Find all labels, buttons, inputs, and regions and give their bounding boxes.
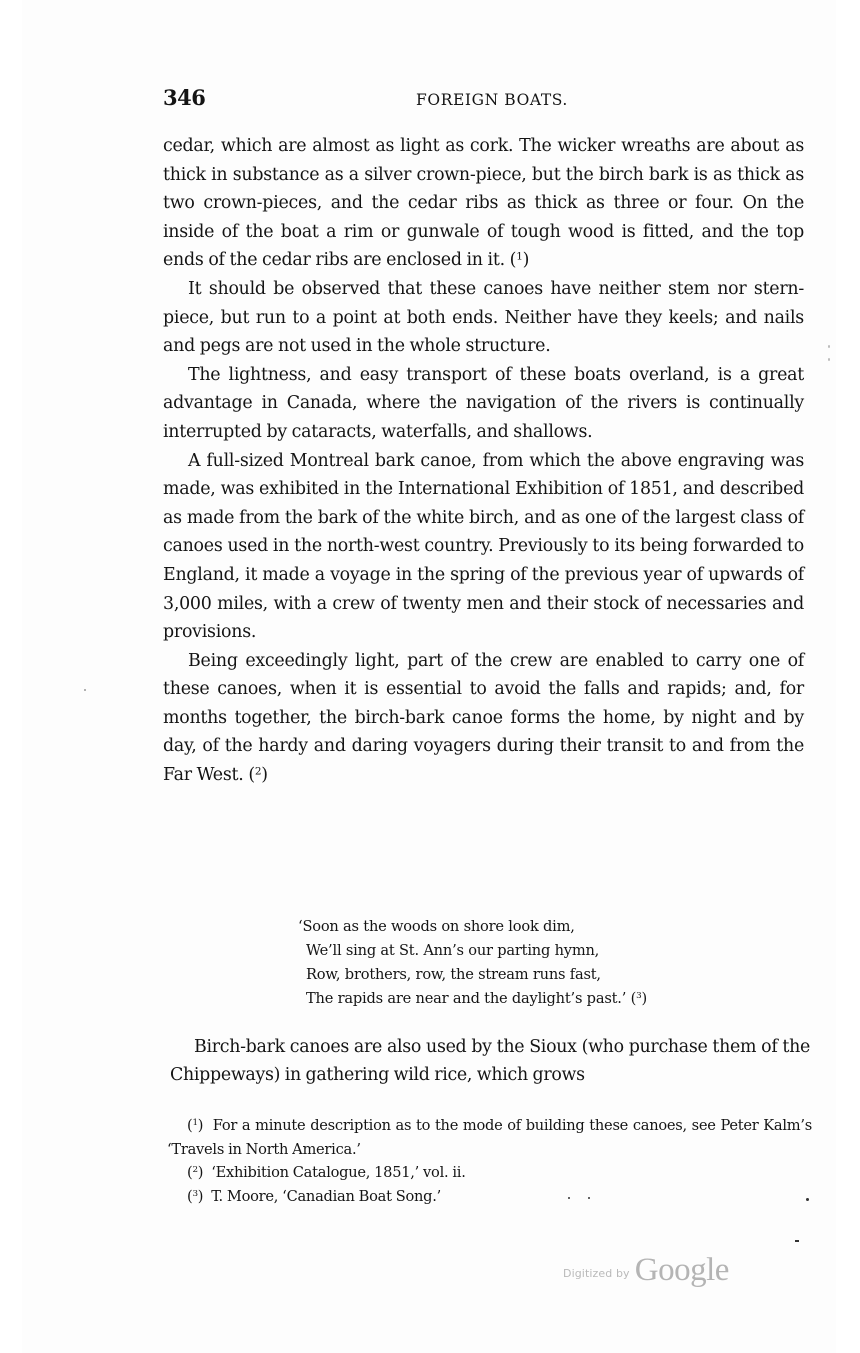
- watermark-prefix: Digitized by: [563, 1267, 630, 1280]
- footnote-1: (1) For a minute description as to the m…: [167, 1114, 812, 1161]
- scan-speck: [588, 1197, 590, 1199]
- paragraph-1: cedar, which are almost as light as cork…: [163, 132, 804, 275]
- scan-speck: [828, 358, 830, 361]
- verse-quotation: ‘Soon as the woods on shore look dim, We…: [298, 915, 647, 1011]
- footnotes: (1) For a minute description as to the m…: [167, 1114, 812, 1208]
- paragraph-5: Being exceedingly light, part of the cre…: [163, 647, 804, 790]
- paragraph-6: Birch-bark canoes are also used by the S…: [170, 1033, 810, 1089]
- closing-paragraph: Birch-bark canoes are also used by the S…: [170, 1033, 810, 1089]
- paragraph-2: It should be observed that these canoes …: [163, 275, 804, 361]
- scan-speck: [828, 345, 830, 348]
- verse-line-last: The rapids are near and the daylight’s p…: [298, 987, 647, 1011]
- body-text: cedar, which are almost as light as cork…: [163, 132, 804, 790]
- page-header: 346 FOREIGN BOATS.: [163, 84, 803, 112]
- paragraph-4: A full-sized Montreal bark canoe, from w…: [163, 447, 804, 647]
- footnote-ref-2: (2): [248, 765, 268, 785]
- digitized-by-google-watermark: Digitized by Google: [563, 1252, 729, 1289]
- running-head: FOREIGN BOATS.: [163, 86, 803, 114]
- scan-speck: [653, 512, 655, 514]
- footnote-3: (3) T. Moore, ‘Canadian Boat Song.’: [167, 1185, 812, 1209]
- scan-speck: [84, 689, 86, 691]
- paragraph-3: The lightness, and easy transport of the…: [163, 361, 804, 447]
- google-logo-text: Google: [635, 1252, 729, 1288]
- scan-speck: [806, 1198, 809, 1201]
- scan-speck: [795, 1240, 799, 1242]
- footnote-ref-3: (3): [631, 990, 647, 1007]
- verse-line: We’ll sing at St. Ann’s our parting hymn…: [298, 939, 647, 963]
- verse-line: Row, brothers, row, the stream runs fast…: [298, 963, 647, 987]
- scan-speck: [568, 1197, 570, 1199]
- footnote-2: (2) ‘Exhibition Catalogue, 1851,’ vol. i…: [167, 1161, 812, 1185]
- footnote-ref-1: (1): [510, 250, 530, 270]
- verse-line: ‘Soon as the woods on shore look dim,: [298, 915, 647, 939]
